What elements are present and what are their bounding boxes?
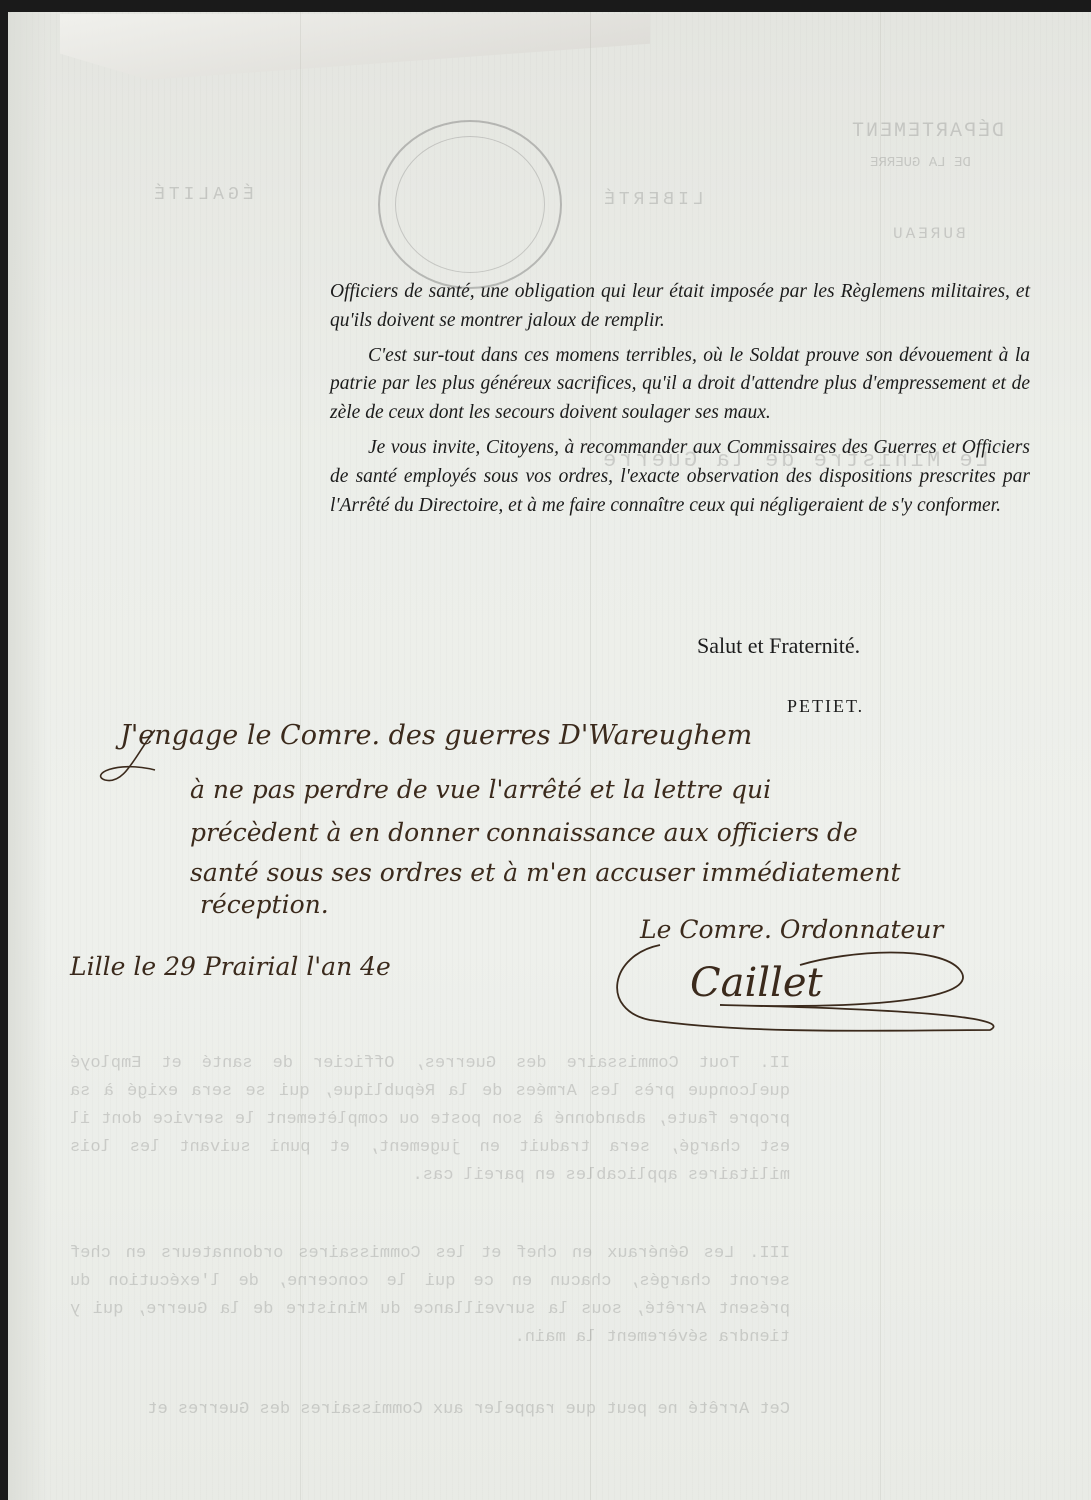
printed-body: Officiers de santé, une obligation qui l… (330, 278, 1030, 520)
showthrough-header: DE LA GUERRE (870, 155, 971, 171)
paragraph: Je vous invite, Citoyens, à recommander … (330, 434, 1030, 520)
showthrough-article: III. Les Généraux en chef et les Commiss… (70, 1240, 790, 1352)
handwritten-place-date: Lille le 29 Prairial l'an 4e (70, 952, 391, 981)
showthrough-header: BUREAU (890, 225, 966, 243)
showthrough-article: II. Tout Commissaire des Guerres, Offici… (70, 1050, 790, 1190)
showthrough-article: Cet Arrêté ne peut que rappeler aux Comm… (70, 1400, 790, 1419)
stamp-seal-showthrough (378, 120, 562, 289)
showthrough-motto: ÉGALITÉ (150, 185, 254, 205)
handwritten-line: précèdent à en donner connaissance aux o… (190, 818, 858, 847)
signature-paraph (600, 940, 1010, 1050)
capital-j-flourish (95, 725, 215, 815)
showthrough-motto: LIBERTÉ (600, 190, 704, 210)
paragraph: Officiers de santé, une obligation qui l… (330, 278, 1030, 336)
paper-crease (880, 12, 881, 1500)
paragraph: C'est sur-tout dans ces momens terribles… (330, 342, 1030, 428)
showthrough-header: DÉPARTEMENT (850, 120, 1004, 143)
handwritten-line: santé sous ses ordres et à m'en accuser … (190, 858, 901, 887)
paper-edge-shadow (8, 12, 48, 1500)
printed-signature: PETIET. (787, 696, 864, 717)
closing-salutation: Salut et Fraternité. (697, 633, 860, 659)
handwritten-line: réception. (200, 890, 329, 919)
handwritten-line: à ne pas perdre de vue l'arrêté et la le… (190, 775, 771, 804)
